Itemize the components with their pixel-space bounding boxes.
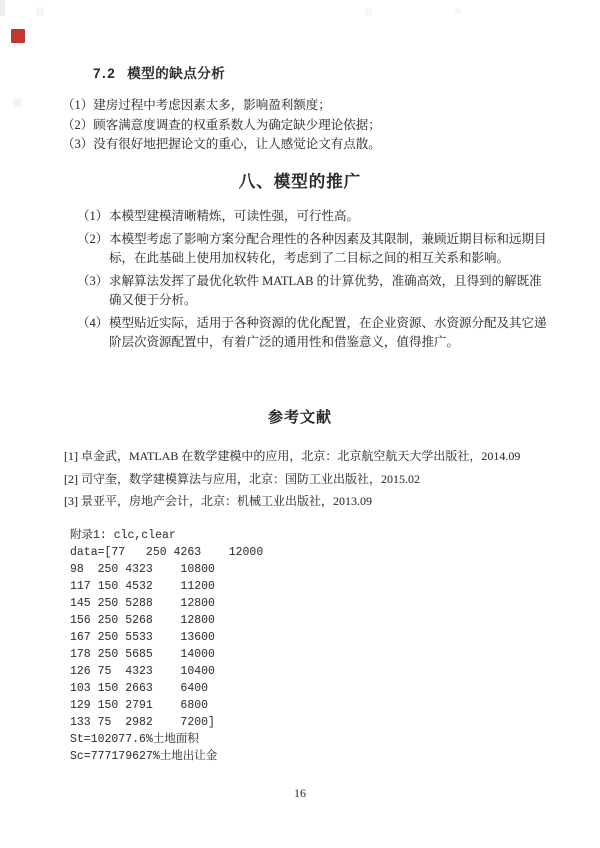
scan-artifact (36, 7, 44, 15)
list-item-text: 本模型建模清晰精炼，可读性强，可行性高。 (109, 207, 547, 226)
reference-item: [2] 司守奎，数学建模算法与应用，北京：国防工业出版社，2015.02 (64, 468, 554, 491)
list-item-number: （3） (77, 272, 109, 310)
references-heading: 参考文献 (0, 406, 600, 427)
scan-artifact (0, 0, 5, 16)
code-line: 98 250 4323 10800 (70, 561, 263, 578)
code-line: St=102077.6%土地面积 (70, 731, 263, 748)
red-stamp-icon (11, 29, 25, 43)
list-item-number: （1） (77, 207, 109, 226)
code-line: Sc=777179627%土地出让金 (70, 748, 263, 765)
list-item-text: 求解算法发挥了最优化软件 MATLAB 的计算优势，准确高效，且得到的解既准确又… (109, 272, 547, 310)
section-8-item-list: （1） 本模型建模清晰精炼，可读性强，可行性高。 （2） 本模型考虑了影响方案分… (77, 207, 547, 356)
code-line: 103 150 2663 6400 (70, 680, 263, 697)
section-7-2-title: 模型的缺点分析 (127, 66, 225, 81)
reference-item: [3] 景亚平，房地产会计，北京：机械工业出版社，2013.09 (64, 490, 554, 513)
document-page: 7.2模型的缺点分析 （1）建房过程中考虑因素太多，影响盈利额度； （2）顾客满… (0, 0, 600, 848)
list-item: （3）没有很好地把握论文的重心，让人感觉论文有点散。 (62, 135, 544, 155)
section-7-2-item-list: （1）建房过程中考虑因素太多，影响盈利额度； （2）顾客满意度调查的权重系数人为… (62, 96, 544, 155)
code-line: 126 75 4323 10400 (70, 663, 263, 680)
list-item: （2） 本模型考虑了影响方案分配合理性的各种因素及其限制，兼顾近期目标和远期目标… (77, 230, 547, 268)
scan-artifact (365, 8, 372, 15)
code-line: data=[77 250 4263 12000 (70, 544, 263, 561)
section-8-heading: 八、模型的推广 (0, 168, 600, 192)
list-item: （1） 本模型建模清晰精炼，可读性强，可行性高。 (77, 207, 547, 226)
list-item-text: 本模型考虑了影响方案分配合理性的各种因素及其限制，兼顾近期目标和远期目标，在此基… (109, 230, 547, 268)
code-line: 117 150 4532 11200 (70, 578, 263, 595)
appendix-code-block: 附录1: clc,clear data=[77 250 4263 12000 9… (70, 527, 263, 765)
code-line: 133 75 2982 7200] (70, 714, 263, 731)
code-line: 167 250 5533 13600 (70, 629, 263, 646)
code-line: 145 250 5288 12800 (70, 595, 263, 612)
list-item: （1）建房过程中考虑因素太多，影响盈利额度； (62, 96, 544, 116)
section-7-2-number: 7.2 (93, 66, 116, 81)
code-line: 附录1: clc,clear (70, 527, 263, 544)
list-item-number: （2） (77, 230, 109, 268)
reference-item: [1] 卓金武，MATLAB 在数学建模中的应用，北京：北京航空航天大学出版社，… (64, 445, 554, 468)
list-item: （3） 求解算法发挥了最优化软件 MATLAB 的计算优势，准确高效，且得到的解… (77, 272, 547, 310)
list-item: （4） 模型贴近实际，适用于各种资源的优化配置，在企业资源、水资源分配及其它递阶… (77, 314, 547, 352)
code-line: 156 250 5268 12800 (70, 612, 263, 629)
scan-artifact (13, 99, 21, 107)
section-7-2-heading: 7.2模型的缺点分析 (93, 62, 225, 82)
code-line: 129 150 2791 6800 (70, 697, 263, 714)
list-item: （2）顾客满意度调查的权重系数人为确定缺少理论依据； (62, 116, 544, 136)
list-item-text: 模型贴近实际，适用于各种资源的优化配置，在企业资源、水资源分配及其它递阶层次资源… (109, 314, 547, 352)
code-line: 178 250 5685 14000 (70, 646, 263, 663)
page-number: 16 (0, 786, 600, 801)
list-item-number: （4） (77, 314, 109, 352)
scan-artifact (455, 8, 461, 14)
references-list: [1] 卓金武，MATLAB 在数学建模中的应用，北京：北京航空航天大学出版社，… (64, 445, 554, 513)
